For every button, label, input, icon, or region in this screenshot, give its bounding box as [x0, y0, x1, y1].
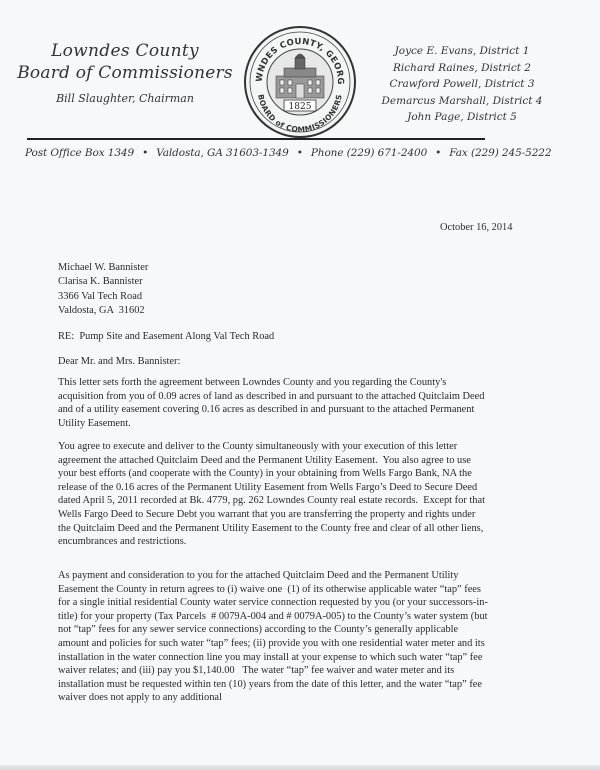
org-name-line1: Lowndes County	[0, 40, 250, 62]
letter-date: October 16, 2014	[440, 222, 512, 233]
svg-text:1825: 1825	[289, 102, 312, 112]
bullet-separator: •	[297, 147, 303, 159]
bullet-separator: •	[142, 147, 148, 159]
recipient-line: 3366 Val Tech Road	[58, 290, 488, 304]
commissioner-district-4: Demarcus Marshall, District 4	[362, 93, 562, 110]
recipient-line: Michael W. Bannister	[58, 261, 488, 275]
phone-number: Phone (229) 671-2400	[311, 147, 427, 159]
po-box: Post Office Box 1349	[25, 147, 134, 159]
salutation: Dear Mr. and Mrs. Bannister:	[58, 355, 488, 369]
org-name-line2: Board of Commissioners	[0, 62, 250, 84]
subject-line: RE: Pump Site and Easement Along Val Tec…	[58, 330, 488, 344]
city-zip: Valdosta, GA 31603-1349	[156, 147, 289, 159]
recipient-line: Clarisa K. Bannister	[58, 275, 488, 289]
body-paragraph-3: As payment and consideration to you for …	[58, 569, 488, 705]
body-paragraph-1: This letter sets forth the agreement bet…	[58, 376, 488, 430]
county-seal-icon: 1825 LOWNDES COUNTY, GEORGIA BOARD of CO…	[240, 24, 360, 140]
commissioner-district-1: Joyce E. Evans, District 1	[362, 43, 562, 60]
page-edge	[0, 765, 600, 770]
recipient-address: Michael W. Bannister Clarisa K. Banniste…	[58, 261, 488, 318]
contact-line: Post Office Box 1349•Valdosta, GA 31603-…	[25, 147, 495, 159]
chairman-name: Bill Slaughter, Chairman	[0, 90, 250, 108]
commissioner-district-3: Crawford Powell, District 3	[362, 76, 562, 93]
recipient-line: Valdosta, GA 31602	[58, 304, 488, 318]
commissioner-district-2: Richard Raines, District 2	[362, 60, 562, 77]
letterhead-divider	[27, 138, 485, 140]
fax-number: Fax (229) 245-5222	[449, 147, 551, 159]
commissioner-district-5: John Page, District 5	[362, 109, 562, 126]
body-paragraph-2: You agree to execute and deliver to the …	[58, 440, 488, 549]
bullet-separator: •	[435, 147, 441, 159]
letterhead-organization: Lowndes County Board of Commissioners Bi…	[0, 40, 250, 108]
commissioners-list: Joyce E. Evans, District 1 Richard Raine…	[362, 43, 562, 126]
